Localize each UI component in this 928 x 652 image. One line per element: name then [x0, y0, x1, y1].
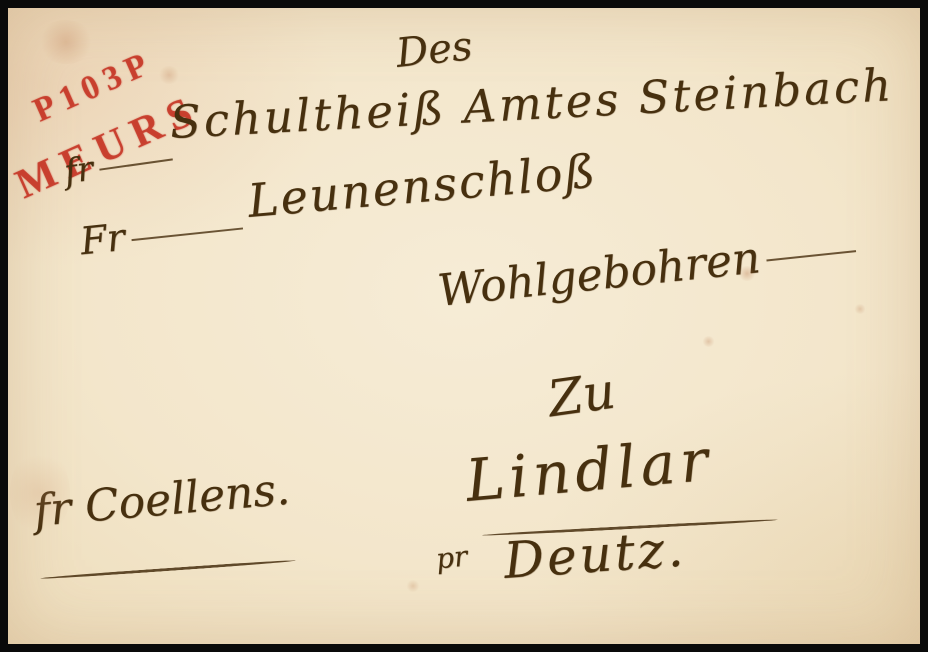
foxing-spot	[406, 580, 420, 592]
foxing-spot	[38, 20, 94, 64]
frei-mark-upper-flourish	[99, 158, 173, 170]
route-place: Deutz.	[502, 523, 687, 586]
address-recipient: Schultheiß Amtes Steinbach	[169, 62, 895, 145]
foxing-spot	[854, 304, 866, 314]
route-prefix: pr	[435, 542, 469, 573]
franco-note: fr Coellens.	[32, 468, 291, 534]
address-honorific-text: Wohlgebohren	[435, 232, 762, 317]
address-destination: Lindlar	[463, 431, 715, 510]
address-honorific: Wohlgebohren	[436, 226, 858, 314]
foxing-spot	[158, 66, 180, 84]
frei-mark-lower-text: Fr	[78, 215, 127, 263]
honorific-flourish	[766, 250, 856, 261]
scan-frame: P103P MEURS Des Schultheiß Amtes Steinba…	[0, 0, 928, 652]
frei-mark-upper-text: fr	[62, 149, 96, 193]
letter-cover: P103P MEURS Des Schultheiß Amtes Steinba…	[8, 8, 920, 644]
address-preposition: Zu	[545, 366, 618, 425]
frei-mark-lower: Fr	[78, 206, 244, 261]
address-salutation: Des	[394, 26, 474, 74]
frei-mark-lower-flourish	[131, 227, 243, 241]
franco-note-underline	[40, 559, 296, 580]
foxing-spot	[702, 336, 715, 347]
address-residence: Leunenschloß	[246, 148, 599, 224]
